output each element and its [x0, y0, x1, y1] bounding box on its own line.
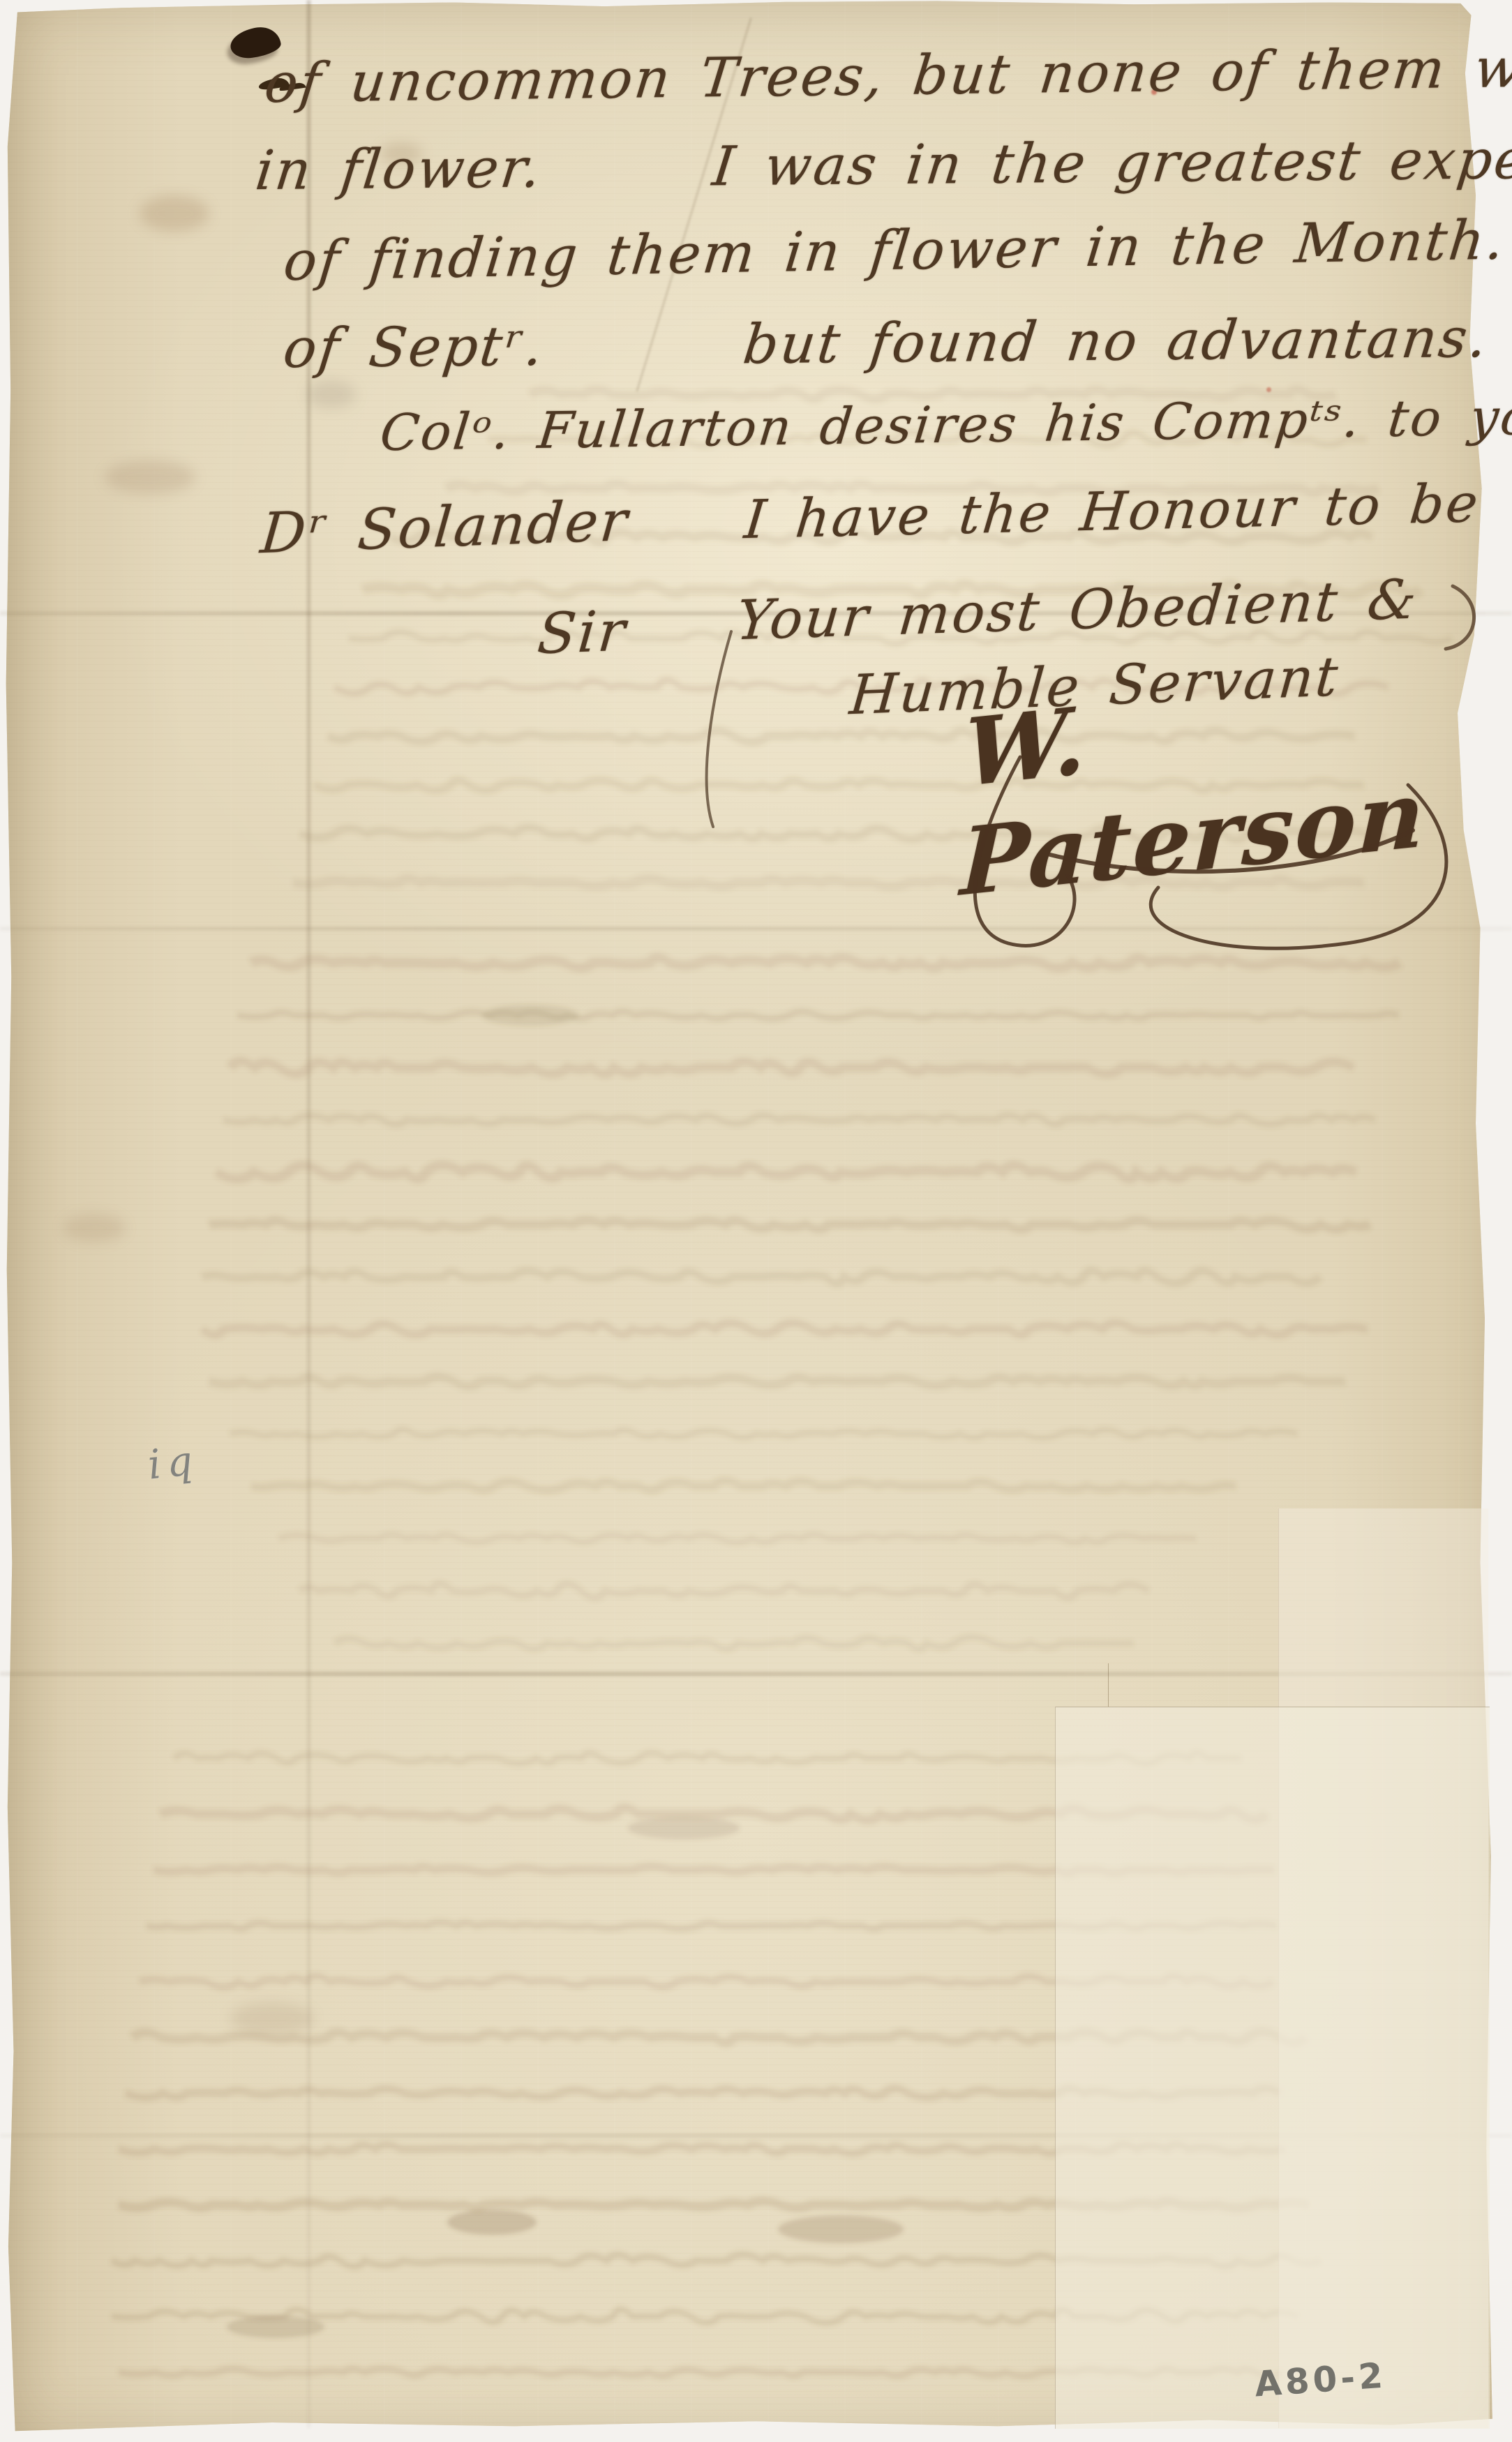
- scanned-letter-canvas: of uncommon Trees, but none of them were…: [0, 0, 1512, 2442]
- manuscript-line: of Septʳ. but found no advantans.: [280, 307, 1492, 380]
- manuscript-line: Dʳ Solander: [258, 488, 632, 567]
- manuscript-line: in flower. I was in the greatest expecta…: [253, 127, 1512, 203]
- manuscript-line: Sir: [535, 599, 630, 667]
- pencil-annotation: iq: [146, 1436, 200, 1488]
